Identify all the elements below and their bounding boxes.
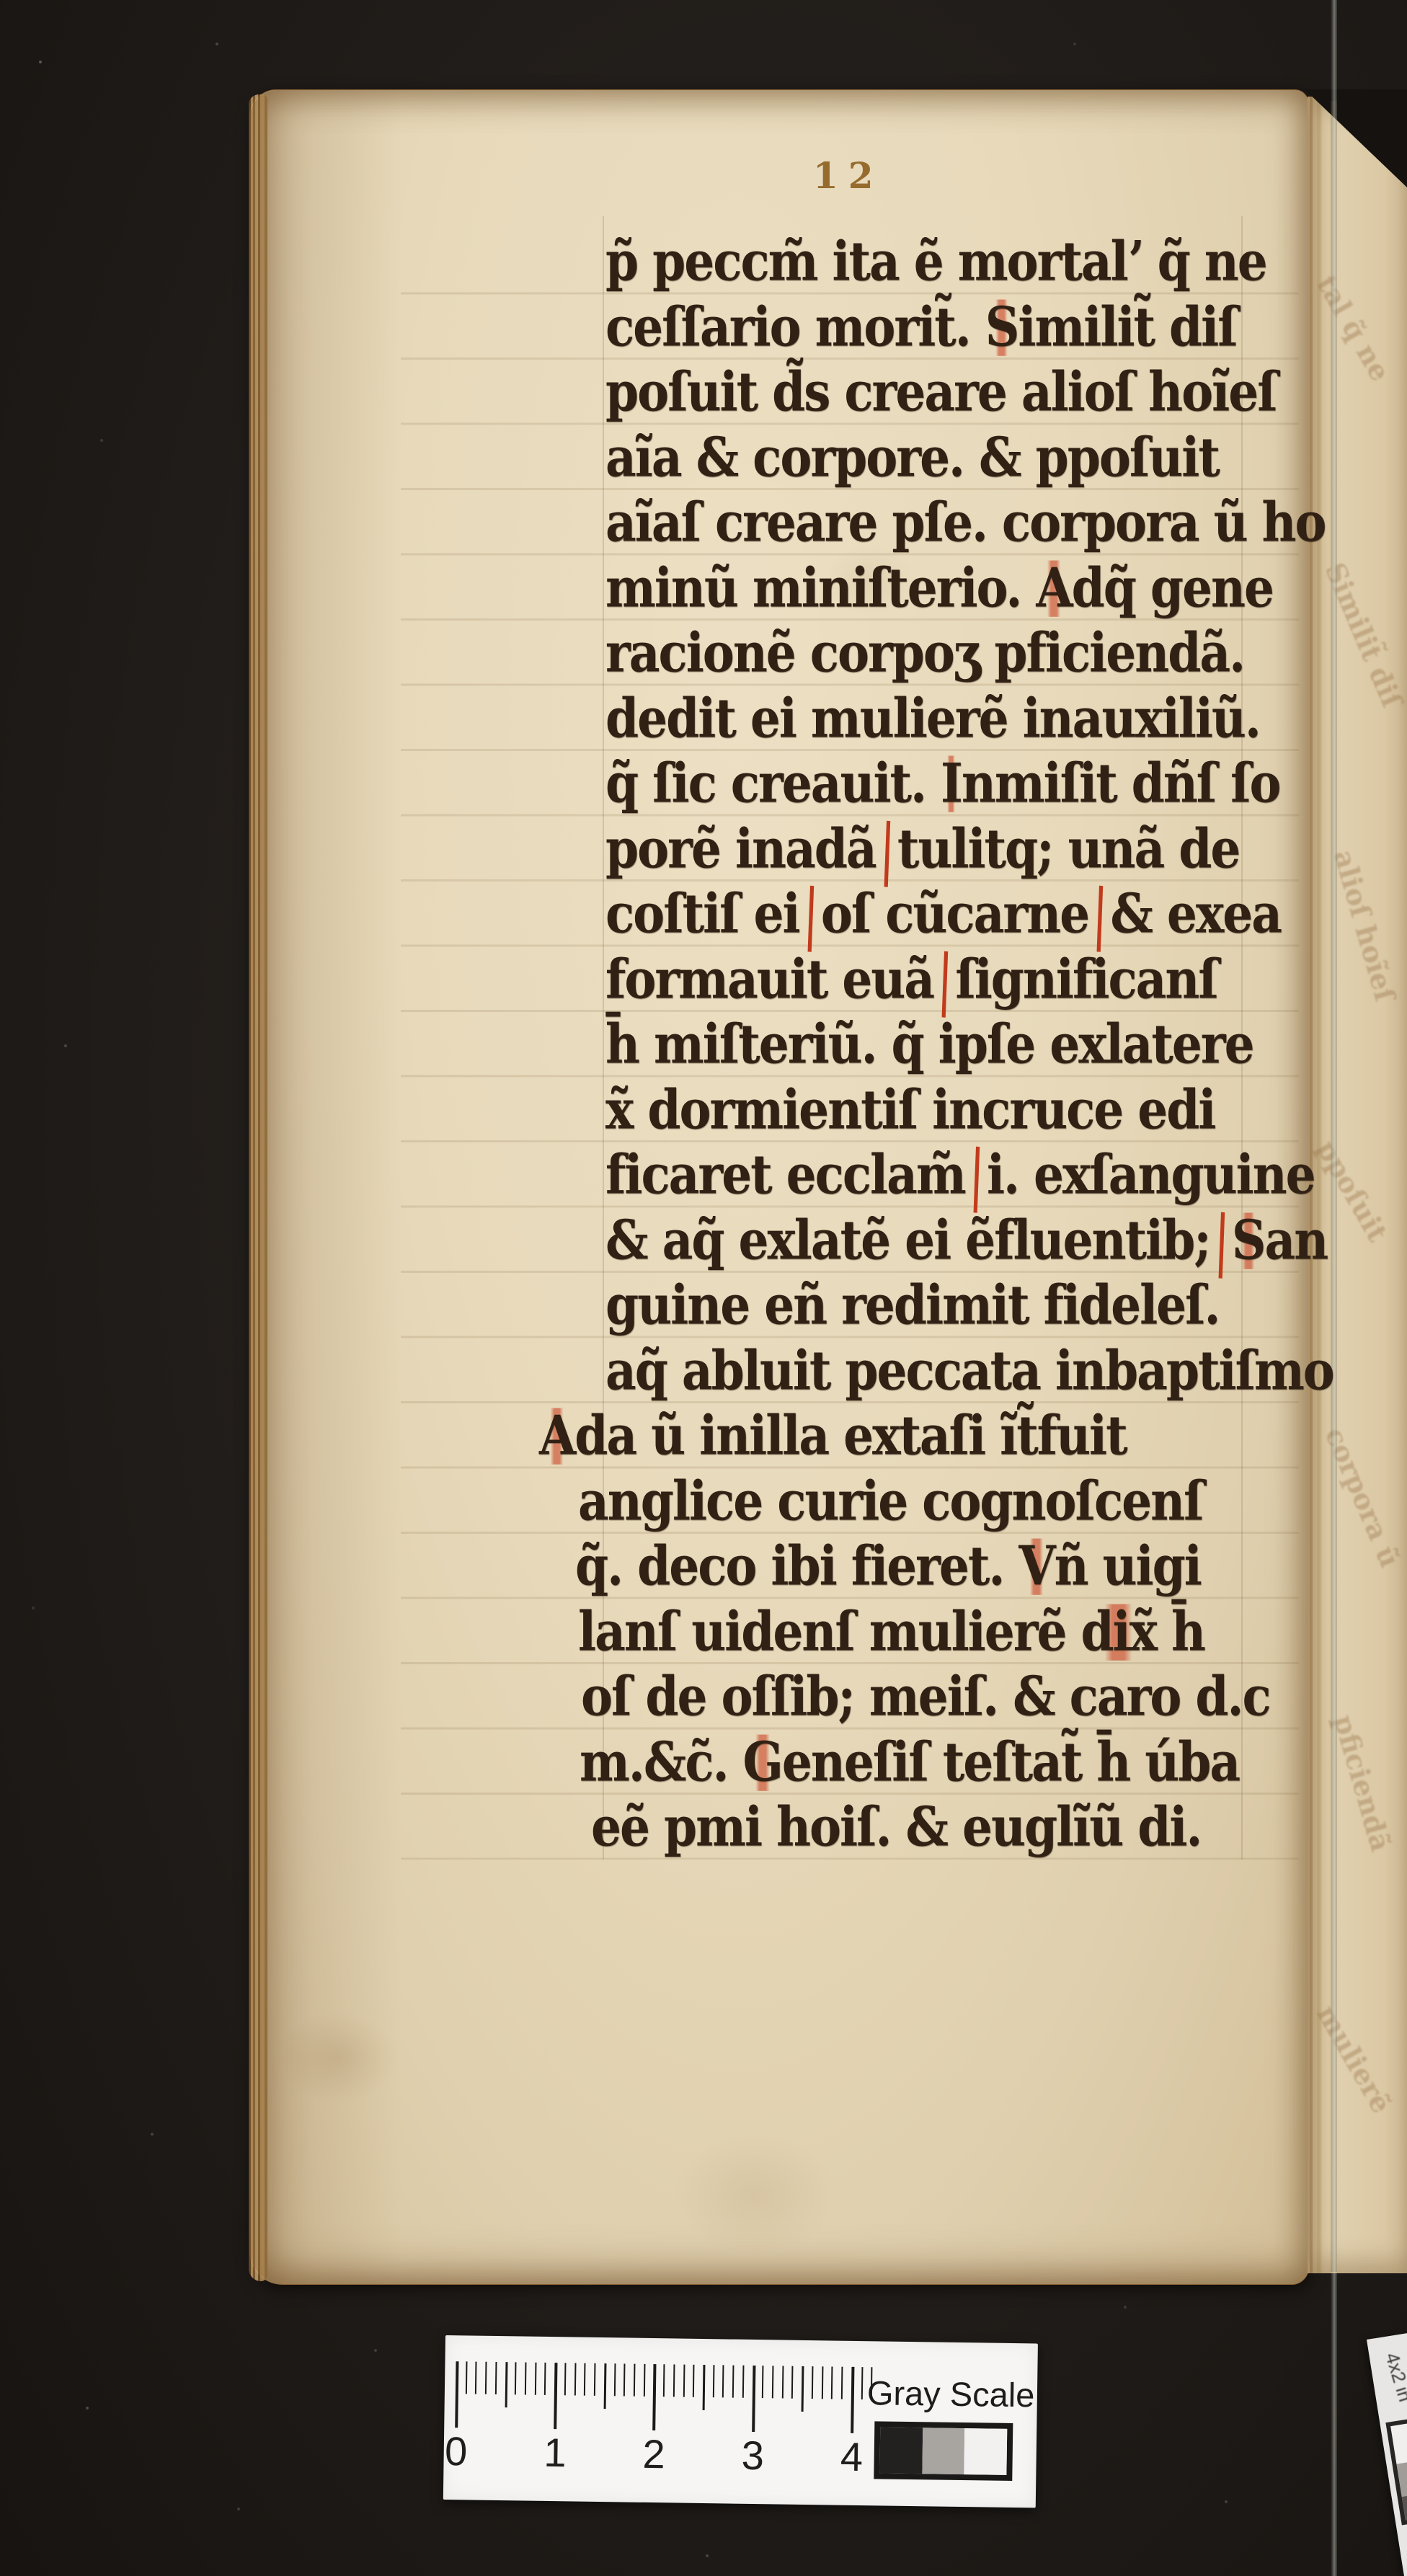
ruler-tick: [791, 2366, 794, 2399]
ruler-tick: [683, 2365, 685, 2397]
manuscript-text: minũ miniſterio.: [605, 555, 1036, 619]
ruler-tick: [821, 2366, 823, 2399]
manuscript-line: racionẽ corpoʒ pficiendã.: [605, 616, 1333, 690]
ruler-tick: [554, 2363, 557, 2429]
manuscript-text: & aq̃ exlatẽ ei ẽfluentib;: [605, 1207, 1210, 1271]
manuscript-text: guine eñ redimit fideleſ.: [605, 1273, 1220, 1337]
manuscript-text: ficaret ecclam̃: [605, 1142, 965, 1207]
manuscript-line: coſtiſ ei|oſ cũcarne|& exea: [605, 876, 1333, 951]
rubricated-letter: S: [985, 294, 1018, 358]
rubricated-letter: dix̃: [1080, 1599, 1156, 1663]
manuscript-text: oſ cũcarne: [821, 881, 1088, 946]
manuscript-line: q̃. deco ibi fieret. Vñ uigi: [575, 1529, 1333, 1603]
ruler-tick: [623, 2363, 626, 2396]
manuscript-text: m.&c̃.: [580, 1729, 743, 1793]
manuscript-text: h̄ miſteriũ. q̃ ipſe exlatere: [605, 1012, 1253, 1076]
manuscript-text: porẽ inadã: [605, 816, 876, 880]
manuscript-line: aĩaſ creare pſe. corpora ũ ho: [605, 485, 1333, 559]
rubricated-letter: A: [1036, 555, 1071, 619]
manuscript-text: da ũ inilla extaſi ĩt̃fuit: [574, 1403, 1126, 1467]
side-card-patches: [1385, 2415, 1407, 2526]
manuscript-text: eẽ pmi hoiſ. & euglĩũ di.: [591, 1795, 1201, 1859]
rubricated-letter: S: [1232, 1207, 1265, 1271]
ruler-tick: [613, 2363, 616, 2396]
rubricated-letter: I: [941, 751, 962, 815]
manuscript-text: x̃ dormientiſ incruce edi: [605, 1077, 1215, 1141]
manuscript-line: x̃ dormientiſ incruce edi: [605, 1072, 1333, 1146]
ruler-tick: [466, 2361, 468, 2394]
ruler-tick: [544, 2363, 546, 2395]
manuscript-text: poſuit d̃s creare alioſ hoĩeſ: [605, 360, 1277, 424]
manuscript-line: dedit ei mulierẽ inauxiliũ.: [605, 680, 1333, 755]
manuscript-text: an: [1265, 1207, 1328, 1271]
manuscript-text-block: p̃ peccm̃ ita ẽ mortalʼ q̃ neceſſario mo…: [605, 231, 1333, 1862]
ruler-tick: [505, 2362, 507, 2407]
ruler-tick: [851, 2367, 854, 2433]
manuscript-line: poſuit d̃s creare alioſ hoĩeſ: [605, 355, 1333, 429]
manuscript-text: q̃. deco ibi fieret.: [575, 1534, 1018, 1598]
ruler-tick: [732, 2366, 734, 2398]
side-gray-patch: [1396, 2458, 1407, 2497]
ruler-tick: [475, 2362, 477, 2394]
ruler-tick: [525, 2363, 527, 2395]
ghost-text: alioſ hoĩeſ: [1328, 846, 1402, 1005]
side-card-text: 4x2 in: [1380, 2350, 1407, 2404]
manuscript-text: dedit ei mulierẽ inauxiliũ.: [605, 685, 1260, 750]
dust-specks: [0, 0, 1, 1]
manuscript-line: ceſſario morit̃. Similit̃ diſ: [605, 289, 1333, 363]
manuscript-text: & exea: [1110, 881, 1281, 946]
ghost-text: mulierẽ: [1310, 1999, 1398, 2118]
ruler-tick: [762, 2366, 764, 2398]
manuscript-line: h̄ miſteriũ. q̃ ipſe exlatere: [605, 1007, 1333, 1081]
manuscript-text: h̄: [1156, 1599, 1204, 1663]
ruler-tick: [861, 2367, 863, 2399]
gray-patch: [964, 2428, 1008, 2475]
manuscript-text: aq̃ abluit peccata inbaptiſmo: [605, 1338, 1333, 1402]
manuscript-text: lanſ uidenſ mulierẽ: [578, 1599, 1080, 1663]
manuscript-line: aĩa & corpore. & ppoſuit: [605, 419, 1333, 494]
ruler-tick: [584, 2363, 586, 2396]
manuscript-text: coſtiſ ei: [605, 881, 799, 946]
ruler-number: 1: [543, 2429, 567, 2476]
ruler-tick: [634, 2364, 636, 2397]
manuscript-text: p̃ peccm̃ ita ẽ mortalʼ q̃ ne: [605, 229, 1266, 293]
ruler-tick: [603, 2363, 606, 2409]
manuscript-line: oſ de oſſib; meiſ. & caro d.c: [581, 1659, 1333, 1733]
manuscript-line: porẽ inadã|tulitq; unã de: [605, 811, 1333, 885]
ruler-tick: [663, 2364, 665, 2397]
ruler-tick: [515, 2362, 517, 2394]
manuscript-text: i. exſanguine: [987, 1142, 1315, 1207]
manuscript-text: imilit̃ diſ: [1018, 294, 1236, 358]
side-calibration-card: 4x2 in: [1367, 2325, 1407, 2576]
manuscript-line: lanſ uidenſ mulierẽ dix̃ h̄: [578, 1594, 1333, 1668]
rubricated-letter: G: [743, 1729, 782, 1793]
manuscript-text: aĩa & corpore. & ppoſuit: [605, 425, 1219, 489]
ruler-tick: [841, 2367, 843, 2399]
photograph-canvas: tal q̃ neSimilit̃ diſalioſ hoĩeſppoſuitc…: [0, 0, 1407, 2576]
manuscript-text: nmiſit dñſ ſo: [962, 751, 1280, 815]
manuscript-line: & aq̃ exlatẽ ei ẽfluentib;|San: [605, 1202, 1333, 1276]
ruler-card: 01234 Gray Scale: [443, 2335, 1038, 2508]
manuscript-line: q̃ ſic creauit. Inmiſit dñſ ſo: [605, 746, 1333, 820]
ruler-tick: [535, 2363, 537, 2395]
manuscript-text: ſignificanſ: [955, 946, 1217, 1011]
manuscript-text: eneſiſ teſtat̃ h̄ úba: [782, 1729, 1239, 1793]
ruler-tick: [673, 2364, 675, 2397]
side-gray-patch: [1390, 2420, 1407, 2464]
ruler-tick: [644, 2364, 646, 2397]
ruler-number: 2: [642, 2430, 665, 2477]
manuscript-text: tulitq; unã de: [897, 816, 1239, 880]
manuscript-line: minũ miniſterio. Adq̃ gene: [605, 550, 1333, 624]
manuscript-text: aĩaſ creare pſe. corpora ũ ho: [605, 490, 1326, 554]
manuscript-line: Ada ũ inilla extaſi ĩt̃fuit: [539, 1398, 1333, 1473]
ruler-tick: [495, 2362, 497, 2394]
ruler-tick: [653, 2364, 657, 2430]
ghost-text: pficiendã: [1328, 1711, 1398, 1855]
ruler-tick: [594, 2363, 596, 2396]
ruler-tick: [713, 2365, 715, 2397]
ruler-tick: [455, 2361, 458, 2428]
manuscript-line: anglice curie cognoſcenſ: [578, 1463, 1333, 1537]
ruler-tick: [752, 2366, 755, 2432]
manuscript-text: ceſſario morit̃.: [605, 294, 985, 358]
manuscript-text: racionẽ corpoʒ pficiendã.: [605, 621, 1244, 685]
manuscript-line: eẽ pmi hoiſ. & euglĩũ di.: [591, 1790, 1333, 1864]
folio-number: 12: [813, 154, 884, 197]
ruler-tick: [742, 2366, 745, 2398]
manuscript-text: oſ de oſſib; meiſ. & caro d.c: [581, 1664, 1270, 1728]
ruler-number: 4: [840, 2433, 863, 2480]
ruler-tick: [831, 2366, 833, 2399]
ruler-tick: [722, 2365, 724, 2397]
ruler-tick: [812, 2366, 814, 2399]
rubricated-letter: V: [1018, 1534, 1054, 1598]
ruler-tick: [485, 2362, 487, 2394]
gray-patch: [922, 2428, 965, 2474]
manuscript-line: aq̃ abluit peccata inbaptiſmo: [605, 1333, 1333, 1407]
manuscript-line: formauit euã|ſignificanſ: [605, 941, 1333, 1016]
ruler-tick: [693, 2365, 695, 2397]
rubricated-letter: A: [539, 1403, 574, 1467]
manuscript-line: p̃ peccm̃ ita ẽ mortalʼ q̃ ne: [605, 224, 1333, 298]
manuscript-text: dq̃ gene: [1072, 555, 1273, 619]
ruler-tick: [574, 2363, 576, 2396]
ruler-tick: [802, 2366, 804, 2412]
manuscript-text: ñ uigi: [1055, 1534, 1201, 1598]
ruler-tick: [703, 2365, 706, 2410]
manuscript-text: formauit euã: [605, 946, 933, 1011]
ruler-tick: [782, 2366, 784, 2399]
manuscript-line: m.&c̃. Geneſiſ teſtat̃ h̄ úba: [580, 1724, 1333, 1798]
gray-patch: [879, 2427, 923, 2474]
manuscript-text: anglice curie cognoſcenſ: [578, 1468, 1203, 1532]
ruler-number: 0: [445, 2428, 468, 2474]
ruler-tick: [564, 2363, 567, 2395]
ruler-tick: [772, 2366, 774, 2398]
gray-scale-label: Gray Scale: [867, 2373, 1026, 2415]
ruler-number: 3: [741, 2432, 764, 2479]
gray-scale-patches: [874, 2421, 1013, 2481]
manuscript-line: guine eñ redimit fideleſ.: [605, 1268, 1333, 1342]
